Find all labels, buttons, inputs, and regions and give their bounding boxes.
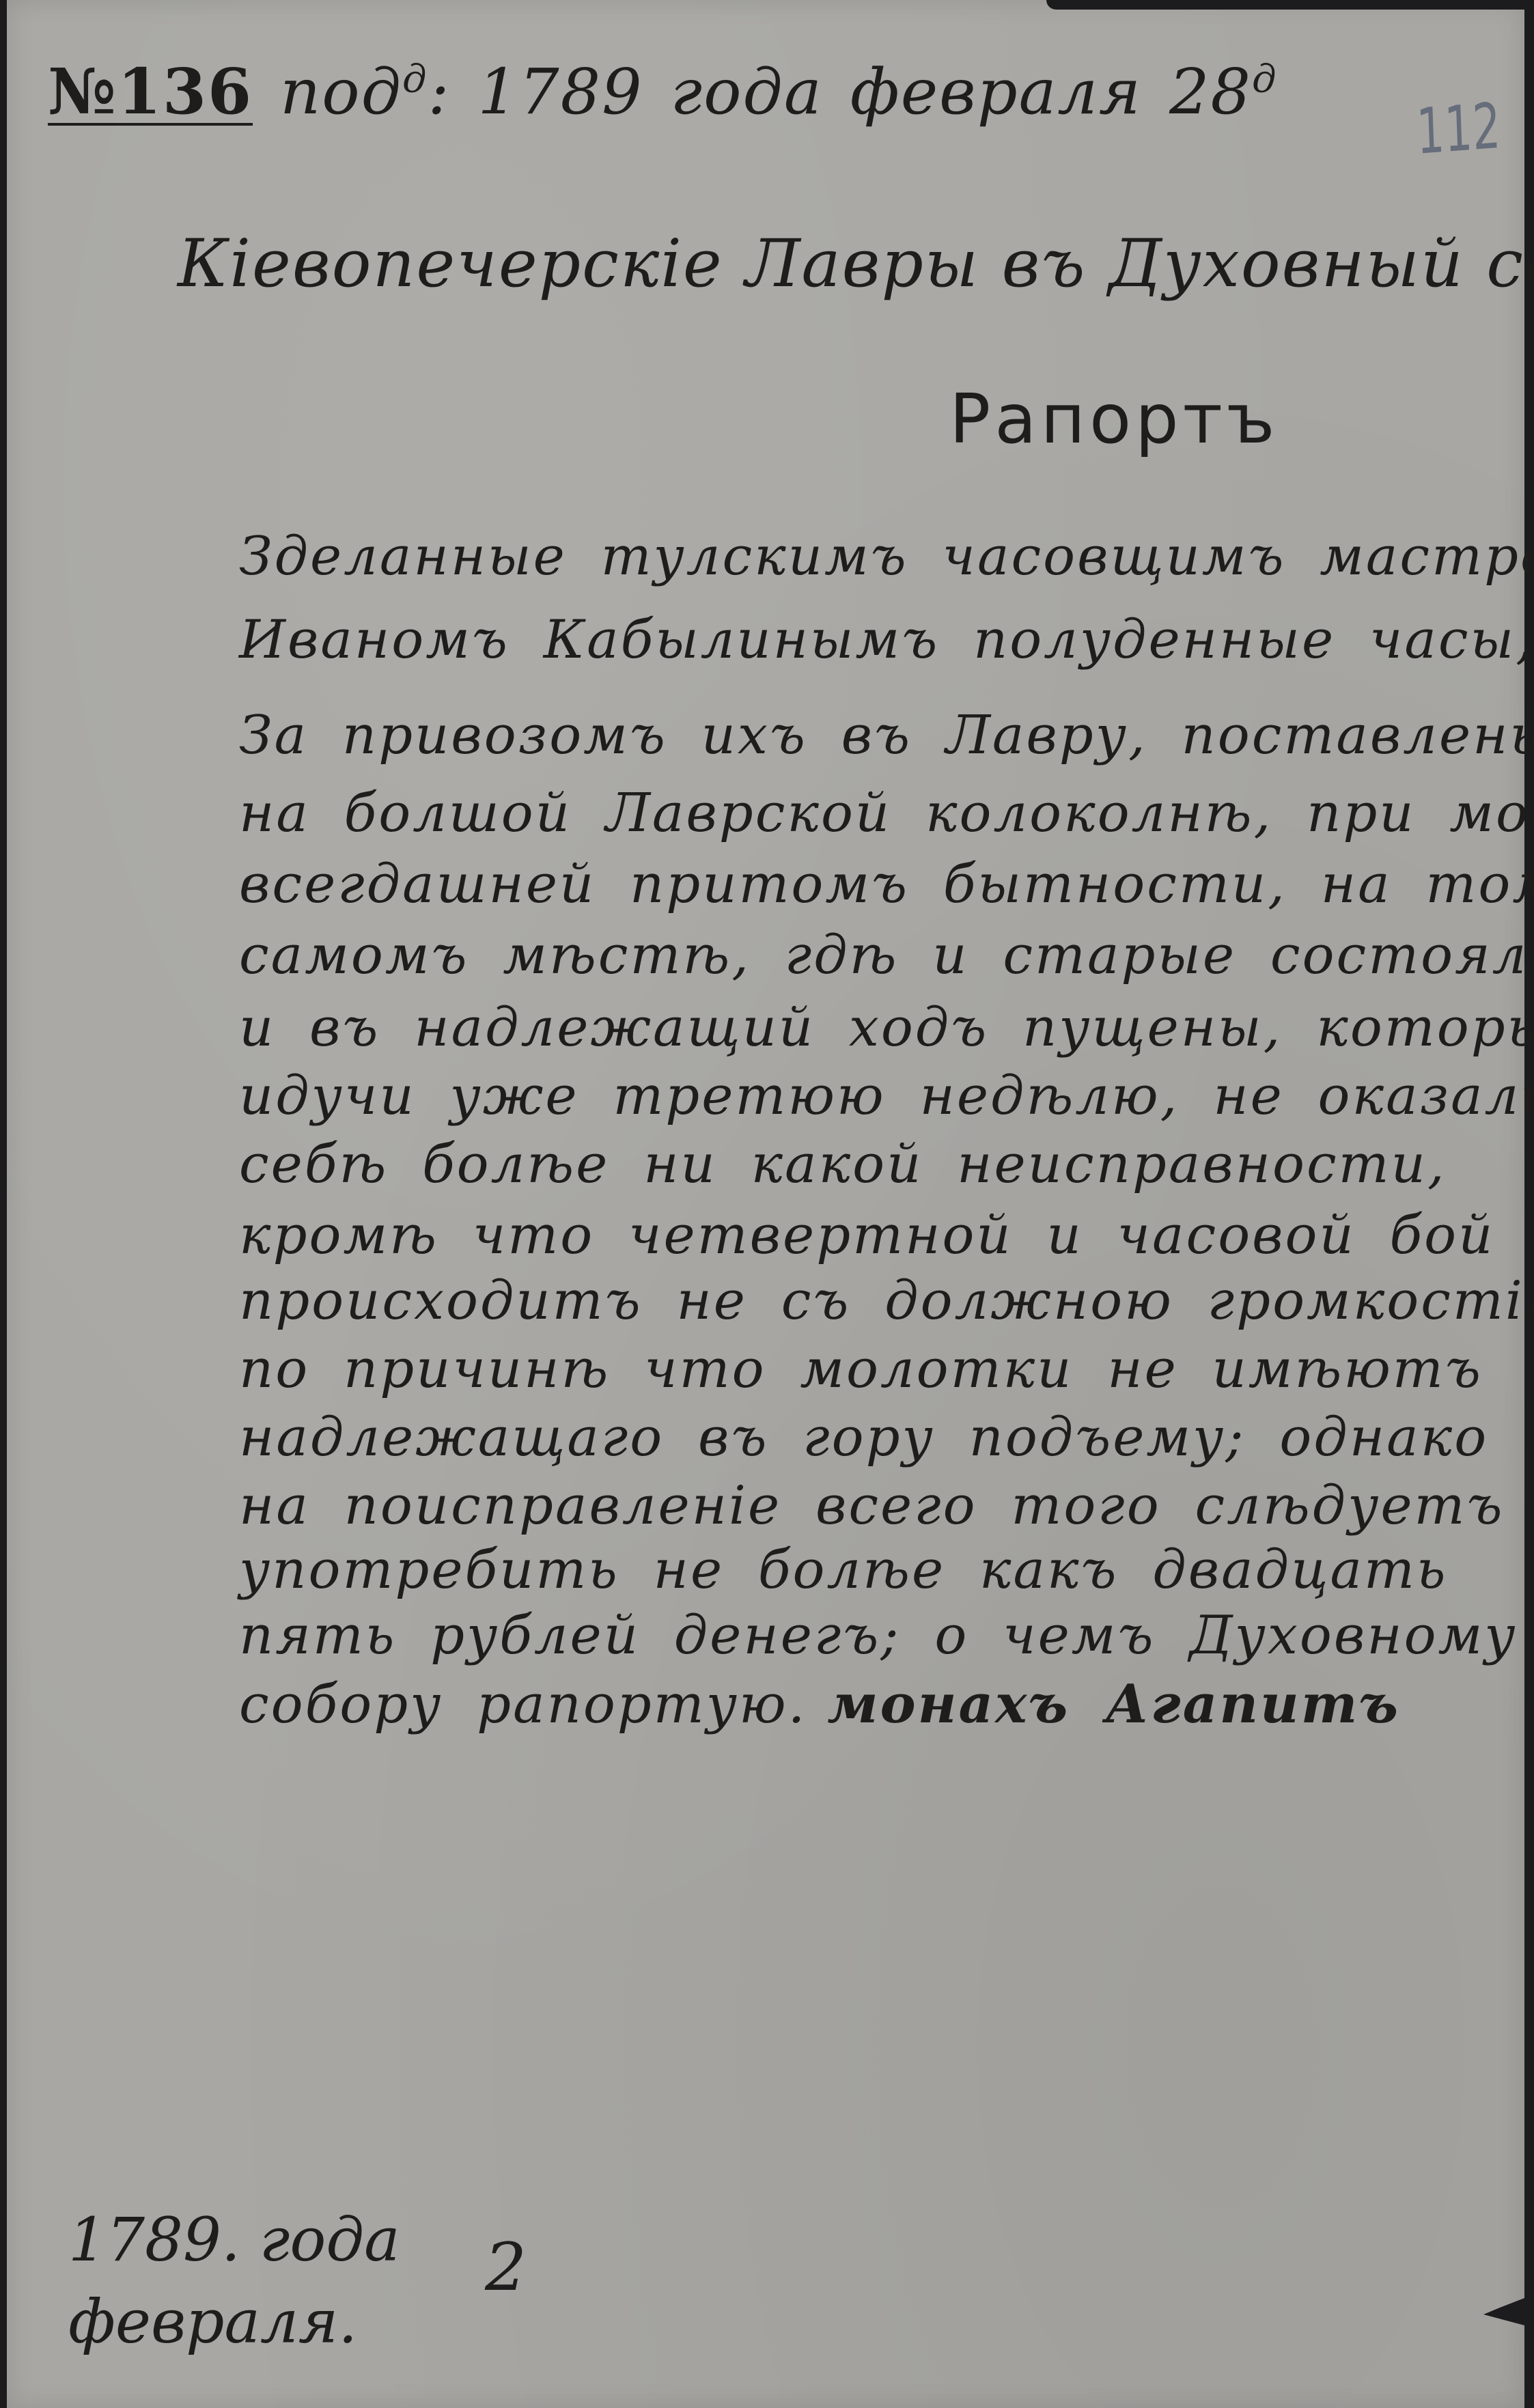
header-year-word: года [671,55,823,128]
manuscript-page: №136подд:1789годафевраля28д 112 Кіевопеч… [7,0,1524,2408]
body-line: на болшой Лаврской колоколнѣ, при моей [239,783,1534,844]
body-line: За привозомъ ихъ въ Лавру, поставлены [239,705,1534,766]
docket-year: 1789. года [68,2199,400,2281]
body-line: самомъ мѣстѣ, гдѣ и старые состояли, [239,925,1534,986]
body-line: пять рублей денегъ; о чемъ Духовному [239,1605,1518,1666]
body-line: надлежащаго въ гору подъему; однако [239,1407,1488,1468]
body-line: идучи уже третюю недѣлю, не оказали по [239,1065,1534,1127]
address-line: Кіевопечерскіе Лавры въ Духовный соборъ [178,225,1534,302]
received-sup: д [402,57,428,101]
background-edge [1046,0,1524,10]
closing-line: собору рапортую.монахъ Агапитъ [239,1673,1400,1735]
sheet-number: 2 [485,2226,527,2308]
body-line: кромѣ что четвертной и часовой бой [239,1205,1494,1266]
paper-tear [1483,2298,1524,2325]
header-day: 28 [1169,55,1252,128]
received-label: под [280,55,402,128]
closing-text: собору рапортую. [239,1674,807,1735]
body-line: по причинѣ что молотки не имѣютъ [239,1339,1483,1400]
body-line: и въ надлежащий ходъ пущены, которые [239,997,1534,1059]
registry-number: №136 [48,55,253,128]
header-day-sup: д [1252,57,1278,101]
docket-note: 1789. года февраля. 2 [68,2199,400,2363]
body-line: всегдашней притомъ бытности, на томъ [239,854,1534,915]
body-line: происходитъ не съ должною громкостію, [239,1270,1534,1332]
header-month: февраля [850,55,1142,128]
pencil-folio-number: 112 [1415,89,1502,169]
body-line: Зделанные тулскимъ часовщимъ мастромъ [239,526,1534,587]
docket-month: февраля. [68,2281,400,2363]
body-line: Иваномъ Кабылинымъ полуденные часы, [239,609,1534,671]
header-year: 1789 [478,55,643,128]
registry-header: №136подд:1789годафевраля28д [48,55,1278,128]
body-line: на поисправленіе всего того слѣдуетъ [239,1475,1504,1537]
signature: монахъ Агапитъ [827,1673,1400,1735]
document-title: Рапортъ [949,379,1279,459]
body-line: употребить не болѣе какъ двадцать [239,1539,1447,1601]
body-line: себѣ болѣе ни какой неисправности, [239,1134,1447,1195]
